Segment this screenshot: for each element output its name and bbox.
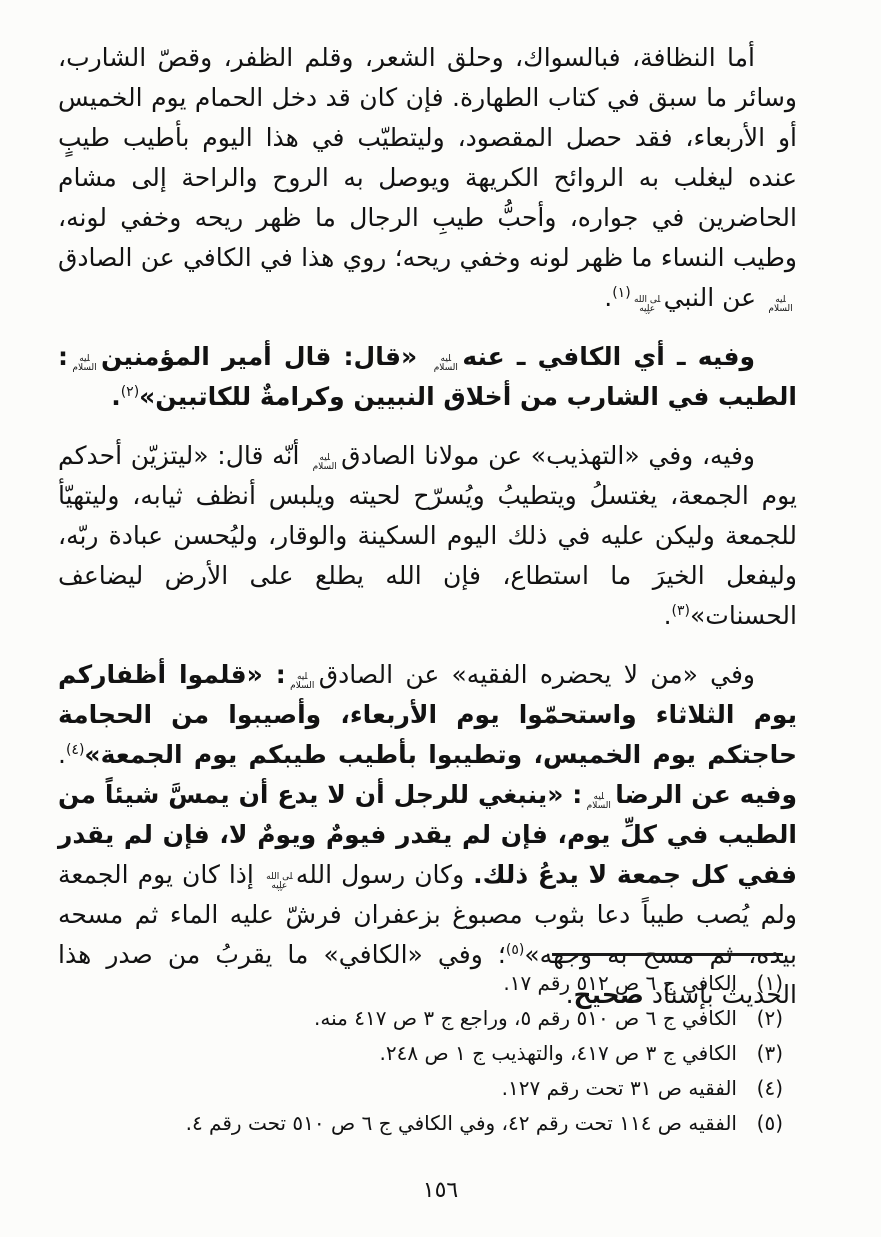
footnote-text: الفقيه ص ١١٤ تحت رقم ٤٢، وفي الكافي ج ٦ …: [60, 1106, 737, 1141]
footnote-item: (٤)الفقيه ص ٣١ تحت رقم ١٢٧.: [60, 1071, 783, 1106]
footnote-marker: (٢): [737, 1001, 783, 1036]
book-page: أما النظافة، فبالسواك، وحلق الشعر، وقلم …: [0, 0, 881, 1237]
footnote-text: الكافي ج ٣ ص ٤١٧، والتهذيب ج ١ ص ٢٤٨.: [60, 1036, 737, 1071]
footnote-ref: (٣): [672, 603, 690, 619]
honorific-mark: عليه السلام: [309, 445, 340, 472]
paragraph: وفيه ـ أي الكافي ـ عنهعليه السلام «قال: …: [58, 337, 797, 417]
footnote-ref: (٤): [66, 742, 84, 758]
footnote-ref: (٢): [121, 384, 139, 400]
text-run: وفي «من لا يحضره الفقيه» عن الصادق: [319, 660, 755, 689]
text-run: وفيه، وفي «التهذيب» عن مولانا الصادق: [341, 441, 755, 470]
honorific-mark: عليه السلام: [69, 346, 100, 373]
body-text: أما النظافة، فبالسواك، وحلق الشعر، وقلم …: [58, 38, 797, 1034]
page-number: ١٥٦: [0, 1178, 881, 1203]
honorific-mark: صلى الله عليه وآله: [264, 864, 295, 891]
text-run: أما النظافة، فبالسواك، وحلق الشعر، وقلم …: [58, 43, 797, 272]
text-run: وفيه عن الرضا: [615, 780, 797, 809]
text-run: :: [263, 660, 286, 689]
honorific-mark: عليه السلام: [430, 346, 461, 373]
footnote-marker: (٤): [737, 1071, 783, 1106]
text-run: .: [604, 283, 612, 312]
footnote-item: (٣)الكافي ج ٣ ص ٤١٧، والتهذيب ج ١ ص ٢٤٨.: [60, 1036, 783, 1071]
footnote-item: (٢)الكافي ج ٦ ص ٥١٠ رقم ٥، وراجع ج ٣ ص ٤…: [60, 1001, 783, 1036]
text-run: .: [111, 382, 121, 411]
footnote-item: (٥)الفقيه ص ١١٤ تحت رقم ٤٢، وفي الكافي ج…: [60, 1106, 783, 1141]
honorific-mark: صلى الله عليه وآله: [632, 287, 663, 314]
honorific-mark: عليه السلام: [765, 287, 796, 314]
footnote-marker: (٥): [737, 1106, 783, 1141]
text-run: .: [58, 740, 66, 769]
footnote-ref: (٥): [506, 942, 524, 958]
footnote-text: الكافي ج ٦ ص ٥١٢ رقم ١٧.: [60, 966, 737, 1001]
text-run: وكان رسول الله: [296, 860, 473, 889]
paragraph: وفي «من لا يحضره الفقيه» عن الصادقعليه ا…: [58, 655, 797, 1015]
footnote-ref: (١): [612, 285, 630, 301]
text-run: عن النبي: [664, 283, 764, 312]
footnote-list: (١)الكافي ج ٦ ص ٥١٢ رقم ١٧.(٢)الكافي ج ٦…: [60, 966, 783, 1141]
paragraph: أما النظافة، فبالسواك، وحلق الشعر، وقلم …: [58, 38, 797, 318]
honorific-mark: عليه السلام: [287, 664, 318, 691]
text-run: وفيه ـ أي الكافي ـ عنه: [462, 342, 755, 371]
honorific-mark: عليه السلام: [583, 784, 614, 811]
text-run: .: [664, 601, 672, 630]
footnote-separator: [552, 953, 783, 956]
footnote-marker: (٣): [737, 1036, 783, 1071]
footnote-text: الفقيه ص ٣١ تحت رقم ١٢٧.: [60, 1071, 737, 1106]
footnote-marker: (١): [737, 966, 783, 1001]
paragraph: وفيه، وفي «التهذيب» عن مولانا الصادقعليه…: [58, 436, 797, 636]
text-run: «قال: قال أمير المؤمنين: [101, 342, 429, 371]
footnote-item: (١)الكافي ج ٦ ص ٥١٢ رقم ١٧.: [60, 966, 783, 1001]
footnote-text: الكافي ج ٦ ص ٥١٠ رقم ٥، وراجع ج ٣ ص ٤١٧ …: [60, 1001, 737, 1036]
